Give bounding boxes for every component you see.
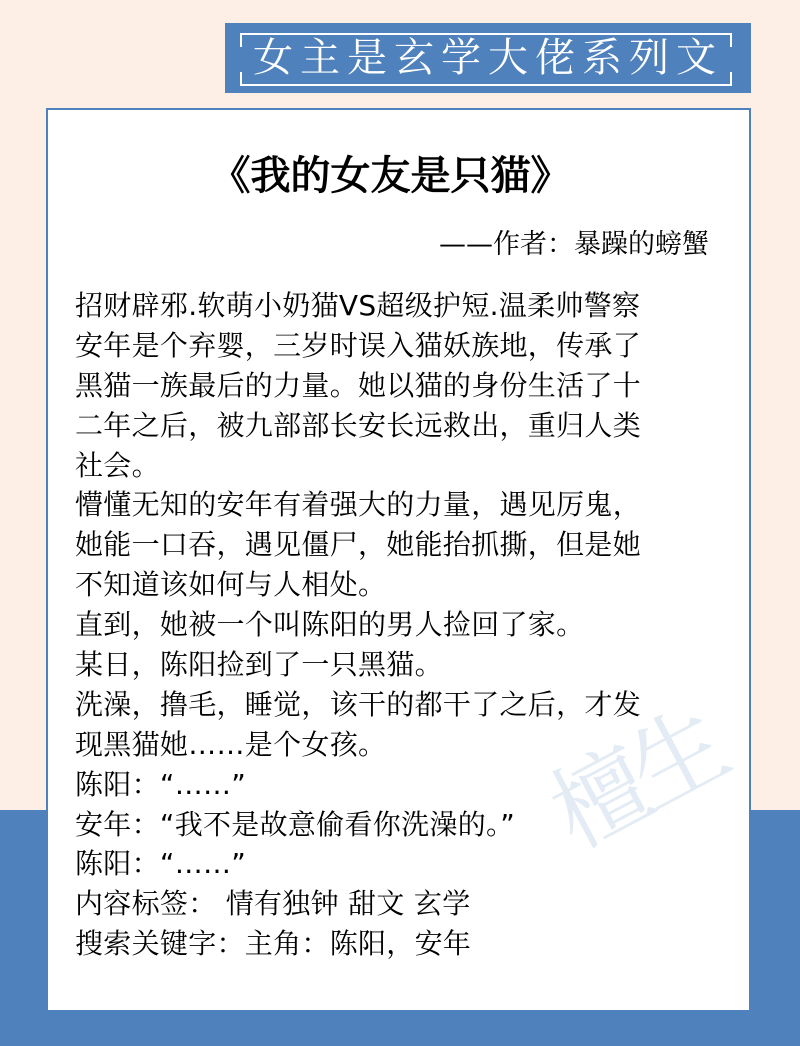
search-keywords: 搜索关键字：主角：陈阳，安年 [75, 924, 725, 964]
content-tags: 内容标签： 情有独钟 甜文 玄学 [75, 884, 725, 924]
dialogue-line: 陈阳：“……” [75, 844, 725, 884]
series-banner: 女主是玄学大佬系列文 [225, 23, 751, 93]
synopsis-line: 懵懂无知的安年有着强大的力量，遇见厉鬼， [75, 485, 725, 525]
dialogue-line: 安年：“我不是故意偷看你洗澡的。” [75, 805, 725, 845]
synopsis-line: 黑猫一族最后的力量。她以猫的身份生活了十 [75, 366, 725, 406]
banner-title: 女主是玄学大佬系列文 [225, 23, 751, 93]
synopsis-line: 不知道该如何与人相处。 [75, 565, 725, 605]
synopsis-line: 社会。 [75, 446, 725, 486]
book-synopsis: 招财辟邪.软萌小奶猫VS超级护短.温柔帅警察 安年是个弃婴，三岁时误入猫妖族地，… [75, 286, 725, 964]
synopsis-line: 招财辟邪.软萌小奶猫VS超级护短.温柔帅警察 [75, 286, 725, 326]
synopsis-line: 二年之后，被九部部长安长远救出，重归人类 [75, 406, 725, 446]
synopsis-line: 现黑猫她……是个女孩。 [75, 725, 725, 765]
synopsis-line: 洗澡，撸毛，睡觉，该干的都干了之后，才发 [75, 685, 725, 725]
synopsis-line: 直到，她被一个叫陈阳的男人捡回了家。 [75, 605, 725, 645]
book-title: 《我的女友是只猫》 [40, 150, 741, 202]
synopsis-line: 某日，陈阳捡到了一只黑猫。 [75, 645, 725, 685]
book-author: ——作者：暴躁的螃蟹 [439, 228, 709, 262]
synopsis-line: 她能一口吞，遇见僵尸，她能抬抓撕，但是她 [75, 525, 725, 565]
dialogue-line: 陈阳：“……” [75, 765, 725, 805]
book-card: 《我的女友是只猫》 ——作者：暴躁的螃蟹 招财辟邪.软萌小奶猫VS超级护短.温柔… [46, 108, 751, 1012]
synopsis-line: 安年是个弃婴，三岁时误入猫妖族地，传承了 [75, 326, 725, 366]
